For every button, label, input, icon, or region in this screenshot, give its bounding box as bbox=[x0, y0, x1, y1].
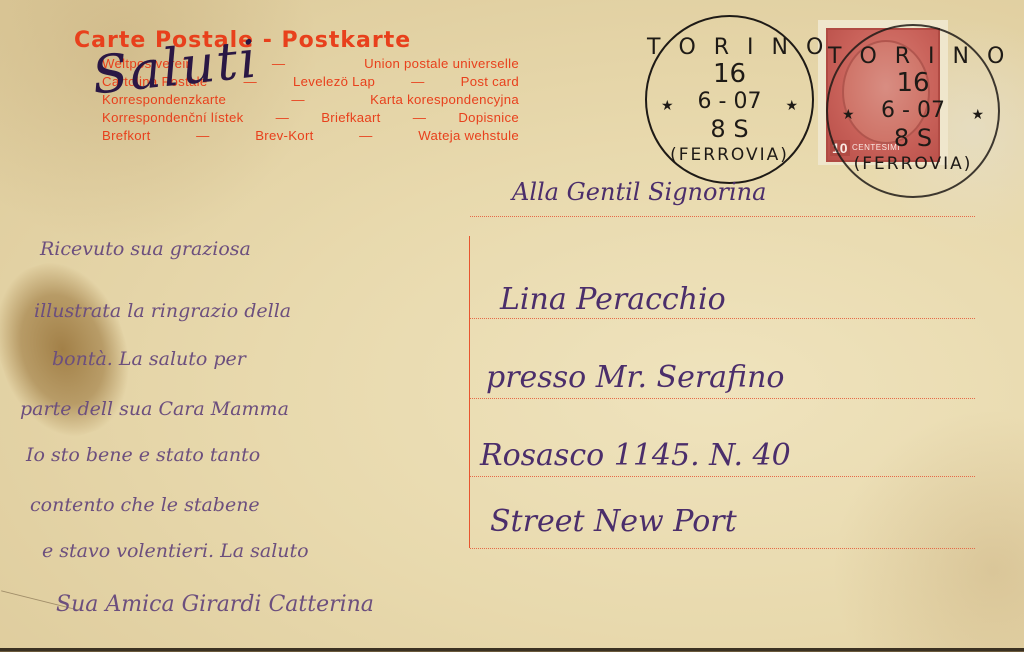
address-city: Street New Port bbox=[490, 504, 737, 539]
dash-separator: — bbox=[291, 91, 305, 109]
language-label: Briefkaart bbox=[321, 109, 380, 127]
dash-separator: — bbox=[359, 127, 373, 145]
language-label: Korrespondenční lístek bbox=[102, 109, 243, 127]
language-label: Wateja wehstule bbox=[418, 127, 519, 145]
postmark: TORINO 16 6 - 07 8 S (FERROVIA) ★ ★ bbox=[645, 15, 814, 184]
postcard: Carte Postale - Postkarte Weltpostverein… bbox=[0, 0, 1024, 651]
dash-separator: — bbox=[276, 109, 290, 127]
postmark-city: TORINO bbox=[647, 35, 812, 60]
message-line: bontà. La saluto per bbox=[52, 348, 246, 370]
postmark-day: 16 bbox=[828, 68, 998, 98]
recipient-name: Lina Peracchio bbox=[500, 282, 726, 317]
star-icon: ★ bbox=[971, 106, 984, 123]
language-label: Post card bbox=[461, 73, 519, 91]
address-salutation: Alla Gentil Signorina bbox=[512, 178, 766, 206]
postmark-subtitle: (FERROVIA) bbox=[647, 145, 812, 165]
postmark: TORINO 16 6 - 07 8 S (FERROVIA) ★ ★ bbox=[826, 24, 1000, 198]
language-label: Karta korespondencyjna bbox=[370, 91, 519, 109]
star-icon: ★ bbox=[785, 97, 798, 114]
language-line: Korrespondenční lístek—Briefkaart—Dopisn… bbox=[102, 109, 519, 127]
message-line: illustrata la ringrazio della bbox=[34, 300, 291, 322]
star-icon: ★ bbox=[661, 97, 674, 114]
postmark-subtitle: (FERROVIA) bbox=[828, 154, 998, 174]
language-label: Brefkort bbox=[102, 127, 151, 145]
message-line: parte dell sua Cara Mamma bbox=[20, 398, 289, 420]
address-street: Rosasco 1145. N. 40 bbox=[480, 438, 791, 473]
language-line: Brefkort—Brev-Kort—Wateja wehstule bbox=[102, 127, 519, 145]
postmark-day: 16 bbox=[647, 59, 812, 89]
address-care-of: presso Mr. Serafino bbox=[486, 360, 784, 395]
language-label: Brev-Kort bbox=[255, 127, 313, 145]
language-label: Levelezö Lap bbox=[293, 73, 375, 91]
message-line: contento che le stabene bbox=[30, 494, 260, 516]
postmark-time: 8 S bbox=[828, 124, 998, 152]
dash-separator: — bbox=[413, 109, 427, 127]
divider-line bbox=[469, 236, 470, 548]
language-label: Dopisnice bbox=[458, 109, 519, 127]
message-line: e stavo volentieri. La saluto bbox=[42, 540, 309, 562]
address-line bbox=[470, 398, 975, 399]
postmark-city: TORINO bbox=[828, 44, 998, 69]
signature-line: Sua Amica Girardi Catterina bbox=[56, 592, 374, 617]
address-line bbox=[470, 216, 975, 217]
address-line bbox=[470, 548, 975, 549]
dash-separator: — bbox=[411, 73, 425, 91]
dash-separator: — bbox=[272, 55, 286, 73]
message-line: Ricevuto sua graziosa bbox=[40, 238, 251, 260]
dash-separator: — bbox=[196, 127, 210, 145]
star-icon: ★ bbox=[842, 106, 855, 123]
message-line: Io sto bene e stato tanto bbox=[26, 444, 260, 466]
address-line bbox=[470, 476, 975, 477]
address-line bbox=[470, 318, 975, 319]
language-label: Union postale universelle bbox=[364, 55, 519, 73]
postmark-time: 8 S bbox=[647, 115, 812, 143]
